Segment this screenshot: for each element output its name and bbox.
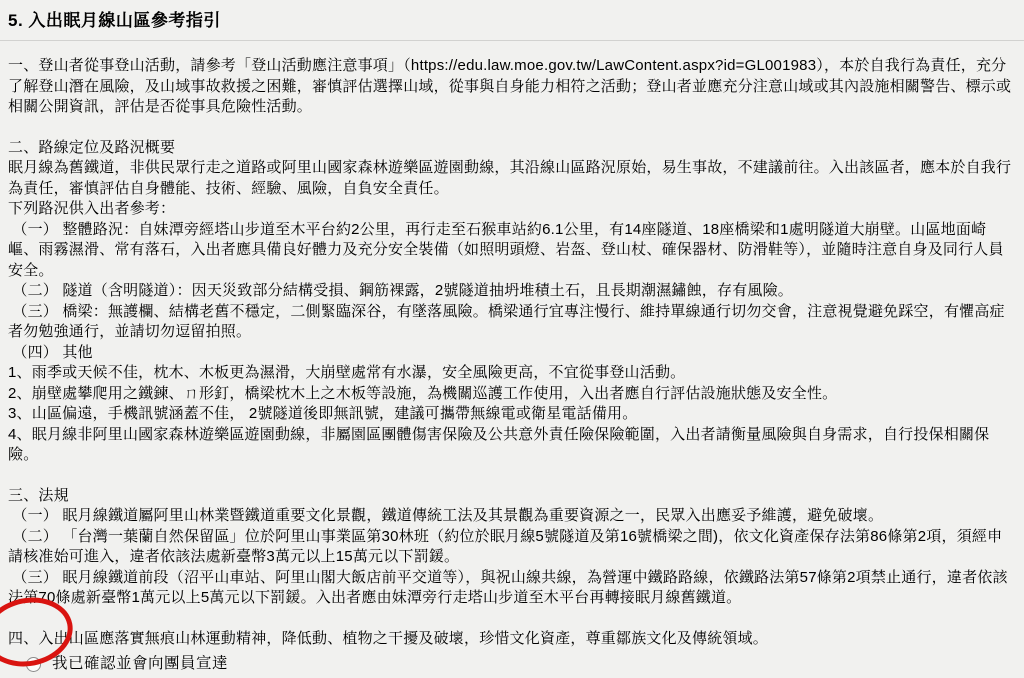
- confirm-radio-button[interactable]: [26, 657, 41, 672]
- paragraph-leave-no-trace: 四、入出山區應落實無痕山林運動精神，降低動、植物之干擾及破壞，珍惜文化資產，尊重…: [8, 629, 1016, 650]
- guideline-content: 一、登山者從事登山活動，請參考「登山活動應注意事項」（https://edu.l…: [0, 41, 1024, 675]
- paragraph-climbing-responsibility: 一、登山者從事登山活動，請參考「登山活動應注意事項」（https://edu.l…: [8, 56, 1016, 118]
- paragraph-route-conditions: 二、路線定位及路況概要 眠月線為舊鐵道，非供民眾行走之道路或阿里山國家森林遊樂區…: [8, 138, 1016, 466]
- confirmation-row[interactable]: 我已確認並會向團員宣達: [8, 651, 1016, 675]
- confirm-radio-label[interactable]: 我已確認並會向團員宣達: [52, 654, 228, 675]
- page-title: 5. 入出眠月線山區參考指引: [0, 0, 1024, 40]
- paragraph-regulations: 三、法規 （一） 眠月線鐵道屬阿里山林業暨鐵道重要文化景觀，鐵道傳統工法及其景觀…: [8, 486, 1016, 609]
